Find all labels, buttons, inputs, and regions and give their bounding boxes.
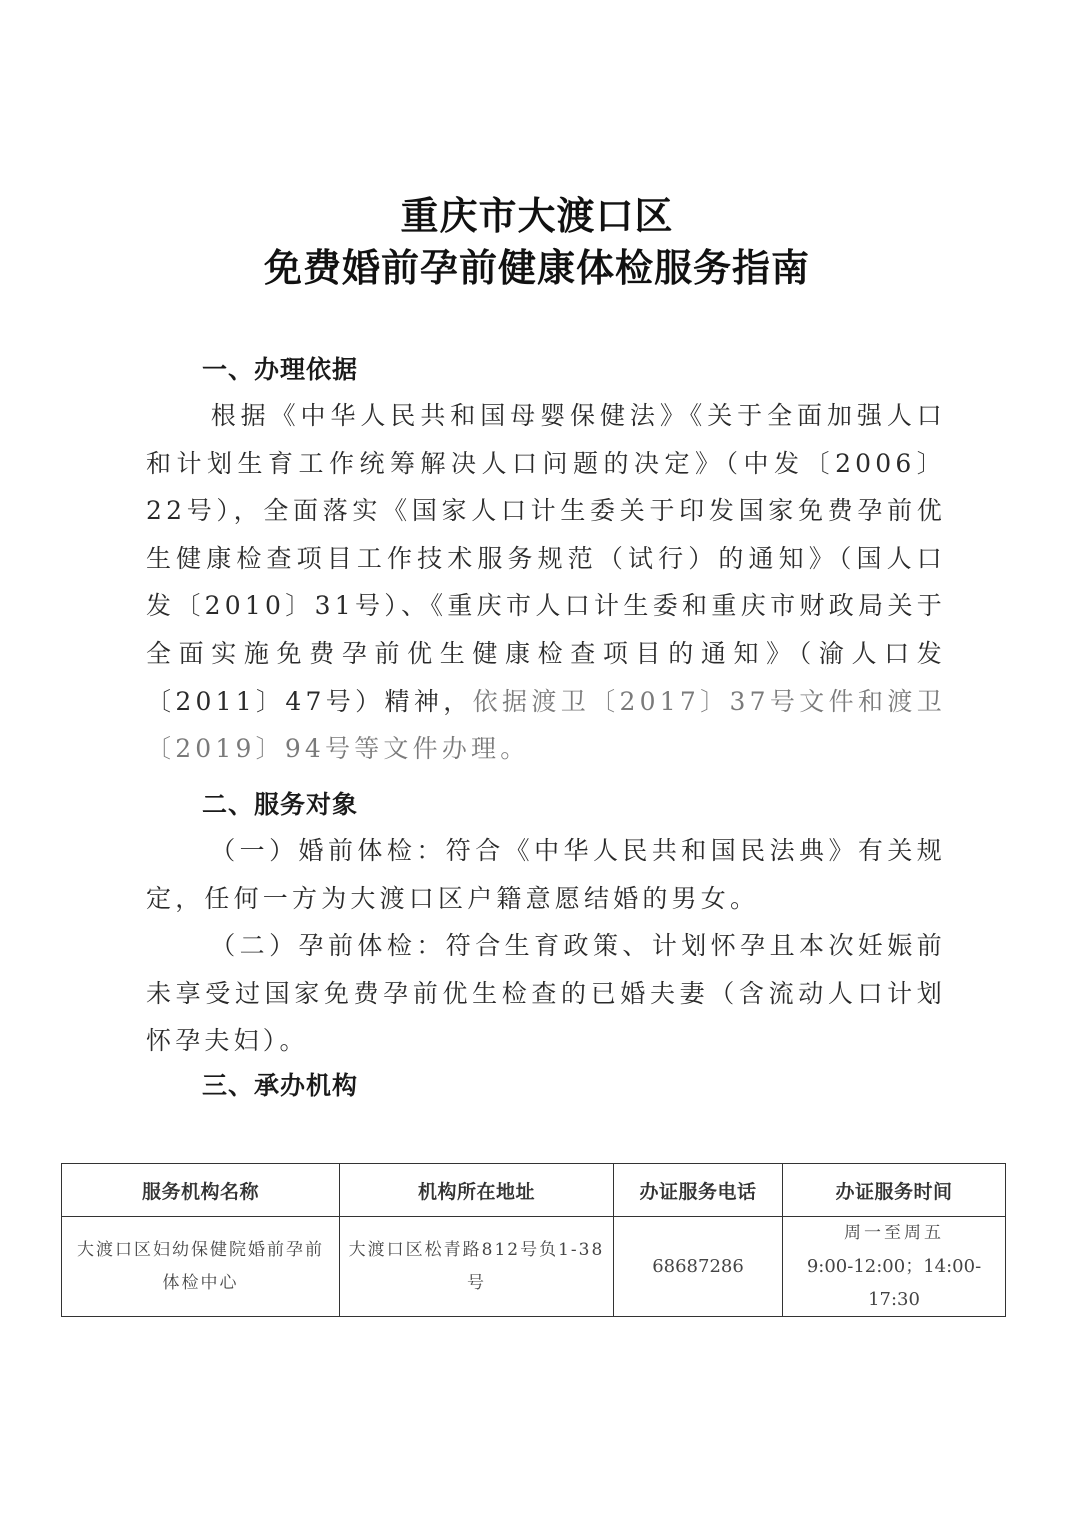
section-paragraph-prepregnancy: （二）孕前体检：符合生育政策、计划怀孕且本次妊娠前未享受过国家免费孕前优生检查的… [146,922,946,1065]
column-header-service-time: 办证服务时间 [783,1164,1006,1217]
document-title-line2: 免费婚前孕前健康体检服务指南 [0,249,1074,287]
column-header-org-name: 服务机构名称 [62,1164,340,1217]
cell-service-time: 周一至周五 9:00-12:00；14:00-17:30 [783,1217,1006,1317]
paragraph-text: （一）婚前体检：符合《中华人民共和国民法典》有关规定，任何一方为大渡口区户籍意愿… [146,836,946,913]
section-paragraph-basis: 根据《中华人民共和国母婴保健法》《关于全面加强人口和计划生育工作统筹解决人口问题… [146,392,946,773]
cell-phone: 68687286 [614,1217,783,1317]
section-paragraph-premarital: （一）婚前体检：符合《中华人民共和国民法典》有关规定，任何一方为大渡口区户籍意愿… [146,827,946,922]
table-row: 大渡口区妇幼保健院婚前孕前体检中心 大渡口区松青路812号负1-38号 6868… [62,1217,1006,1317]
document-page: 重庆市大渡口区 免费婚前孕前健康体检服务指南 一、办理依据 根据《中华人民共和国… [0,0,1074,1520]
column-header-address: 机构所在地址 [340,1164,614,1217]
organization-table: 服务机构名称 机构所在地址 办证服务电话 办证服务时间 大渡口区妇幼保健院婚前孕… [61,1163,1006,1317]
service-hours: 9:00-12:00；14:00-17:30 [789,1250,999,1316]
section-heading-basis: 一、办理依据 [202,357,358,382]
service-days: 周一至周五 [789,1217,999,1250]
cell-org-name: 大渡口区妇幼保健院婚前孕前体检中心 [62,1217,340,1317]
column-header-phone: 办证服务电话 [614,1164,783,1217]
paragraph-text: （二）孕前体检：符合生育政策、计划怀孕且本次妊娠前未享受过国家免费孕前优生检查的… [146,931,946,1055]
section-heading-service-target: 二、服务对象 [202,792,358,817]
table-header-row: 服务机构名称 机构所在地址 办证服务电话 办证服务时间 [62,1164,1006,1217]
cell-address: 大渡口区松青路812号负1-38号 [340,1217,614,1317]
document-title-line1: 重庆市大渡口区 [0,197,1074,235]
paragraph-text: 根据《中华人民共和国母婴保健法》《关于全面加强人口和计划生育工作统筹解决人口问题… [146,401,946,716]
section-heading-organization: 三、承办机构 [202,1073,358,1098]
